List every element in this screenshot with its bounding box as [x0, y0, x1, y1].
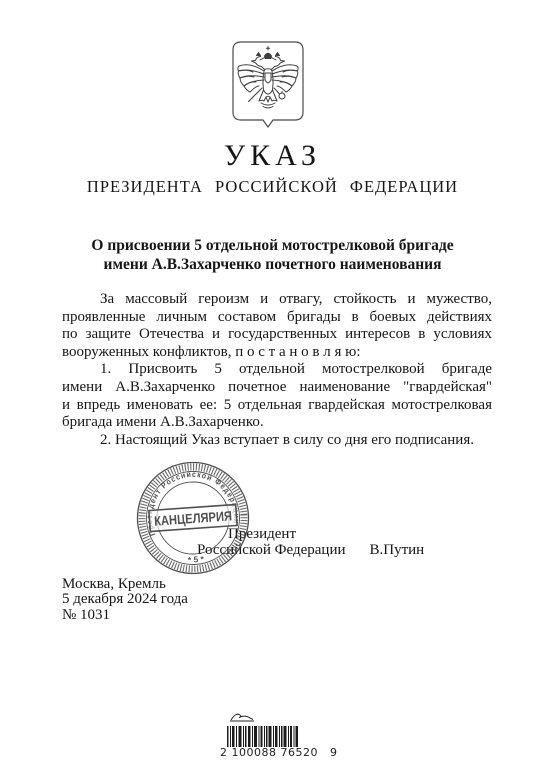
- decree-body-line: проявленные личным составом бригады в бо…: [62, 309, 492, 327]
- decree-body-line: имени А.В.Захарченко почетное наименован…: [62, 379, 492, 397]
- signature-name: В.Путин: [370, 542, 425, 558]
- chancellery-stamp: Президент Российской Федерации КАНЦЕЛЯРИ…: [135, 460, 251, 576]
- document-subtitle: ПРЕЗИДЕНТА РОССИЙСКОЙ ФЕДЕРАЦИИ: [0, 177, 545, 197]
- decree-page: УКАЗ ПРЕЗИДЕНТА РОССИЙСКОЙ ФЕДЕРАЦИИ О п…: [0, 0, 545, 770]
- decree-body-line: 1. Присвоить 5 отдельной мотострелковой …: [62, 361, 492, 379]
- decree-heading-line: имени А.В.Захарченко почетного наименова…: [30, 255, 515, 274]
- decree-body: За массовый героизм и отвагу, стойкость …: [62, 291, 492, 449]
- decree-body-line: вооруженных конфликтов, п о с т а н о в …: [62, 344, 492, 362]
- issue-place: Москва, Кремль: [62, 577, 188, 592]
- issue-details: Москва, Кремль 5 декабря 2024 года № 103…: [62, 577, 188, 623]
- barcode-number: 2 100088 76520 9: [220, 746, 310, 759]
- decree-body-line: бригада имени А.В.Захарченко.: [62, 414, 492, 432]
- registration-mark-icon: [229, 710, 255, 723]
- decree-body-line: по защите Отечества и государственных ин…: [62, 326, 492, 344]
- decree-body-line: и впредь именовать ее: 5 отдельная гвард…: [62, 397, 492, 415]
- decree-number: № 1031: [62, 608, 188, 623]
- barcode-icon: [227, 726, 299, 747]
- document-title: УКАЗ: [0, 139, 545, 173]
- issue-date: 5 декабря 2024 года: [62, 592, 188, 607]
- stamp-bottom-text: * 5 *: [188, 554, 205, 565]
- decree-body-line: 2. Настоящий Указ вступает в силу со дня…: [62, 432, 492, 450]
- decree-heading: О присвоении 5 отдельной мотострелковой …: [30, 236, 515, 274]
- decree-body-line: За массовый героизм и отвагу, стойкость …: [62, 291, 492, 309]
- coat-of-arms-icon: [232, 41, 304, 129]
- decree-heading-line: О присвоении 5 отдельной мотострелковой …: [30, 236, 515, 255]
